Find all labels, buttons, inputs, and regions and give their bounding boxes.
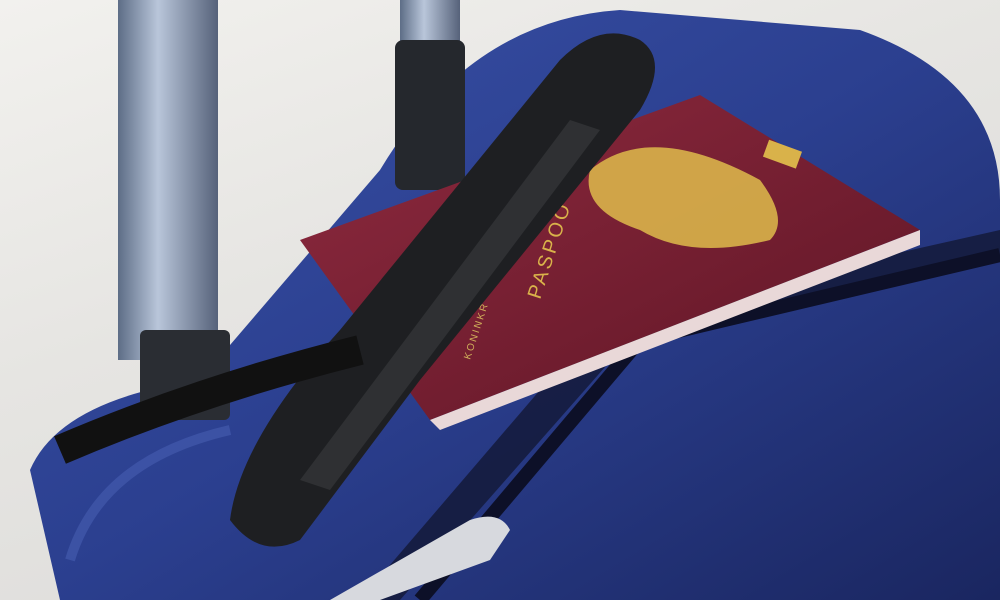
photo-scene: PASPOO KONINKR [0, 0, 1000, 600]
photo-illustration: PASPOO KONINKR [0, 0, 1000, 600]
